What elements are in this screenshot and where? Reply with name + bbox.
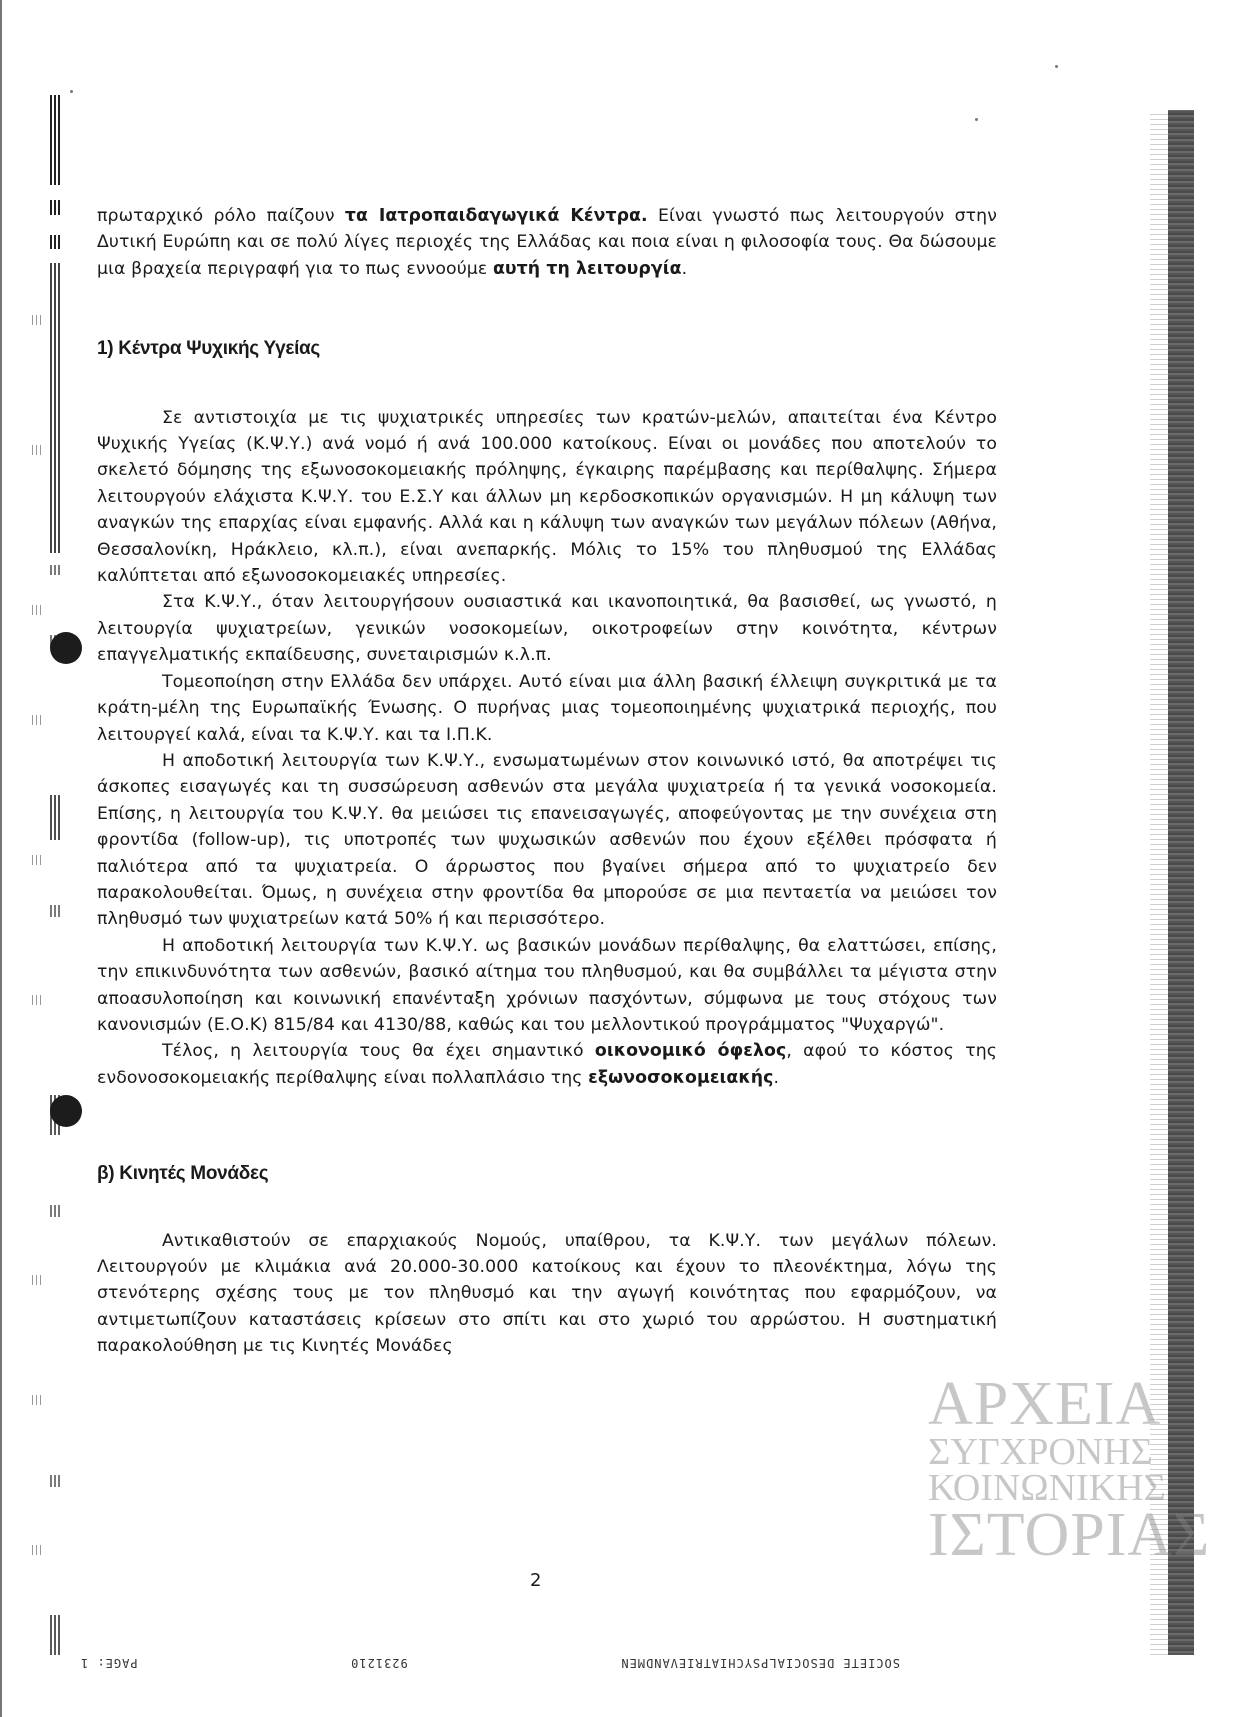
fax-sender: SOCIETE DESOCIALPSYCHIATRIEVANDMEN — [620, 1650, 900, 1670]
fax-page: PAGE: 1 — [80, 1650, 138, 1670]
punch-hole — [50, 632, 82, 664]
fax-header-upside-down: SOCIETE DESOCIALPSYCHIATRIEVANDMEN 92312… — [80, 1650, 900, 1670]
paragraph: Η αποδοτική λειτουργία των Κ.Ψ.Υ., ενσωμ… — [97, 748, 997, 933]
scan-edge — [0, 0, 2, 1717]
bold-term: αυτή τη λειτουργία — [493, 259, 682, 279]
page-number: 2 — [530, 1570, 541, 1591]
right-edge-scan-noise — [1150, 110, 1168, 1655]
bold-term: τα Ιατροπαιδαγωγικά Κέντρα. — [345, 206, 648, 226]
paragraph: Αντικαθιστούν σε επαρχιακούς Νομούς, υπα… — [97, 1228, 997, 1360]
punch-hole — [50, 1095, 82, 1127]
bold-term: οικονομικό όφελος — [595, 1041, 786, 1061]
paragraph: Τομεοποίηση στην Ελλάδα δεν υπάρχει. Αυτ… — [97, 669, 997, 748]
paragraph: Η αποδοτική λειτουργία των Κ.Ψ.Υ. ως βασ… — [97, 933, 997, 1039]
section-heading-mental-health-centers: 1) Κέντρα Ψυχικής Υγείας — [97, 336, 997, 362]
archive-watermark: ΑΡΧΕΙΑ ΣΥΓΧΡΟΝΗΣ ΚΟΙΝΩΝΙΚΗΣ ΙΣΤΟΡΙΑΣ — [928, 1375, 1153, 1565]
right-edge-scan-strip — [1168, 110, 1194, 1655]
left-margin-scan-marks — [28, 95, 68, 1655]
section-heading-mobile-units: β) Κινητές Μονάδες — [97, 1161, 997, 1187]
document-body: πρωταρχικό ρόλο παίζουν τα Ιατροπαιδαγωγ… — [97, 203, 997, 1360]
paragraph: Στα Κ.Ψ.Υ., όταν λειτουργήσουν ουσιαστικ… — [97, 589, 997, 668]
bold-term: εξωνοσοκομειακής — [588, 1068, 773, 1088]
paragraph: Σε αντιστοιχία με τις ψυχιατρικές υπηρεσ… — [97, 405, 997, 590]
intro-paragraph: πρωταρχικό ρόλο παίζουν τα Ιατροπαιδαγωγ… — [97, 203, 997, 282]
paragraph-economic-benefit: Τέλος, η λειτουργία τους θα έχει σημαντι… — [97, 1038, 997, 1091]
fax-number: 9231210 — [350, 1650, 408, 1670]
